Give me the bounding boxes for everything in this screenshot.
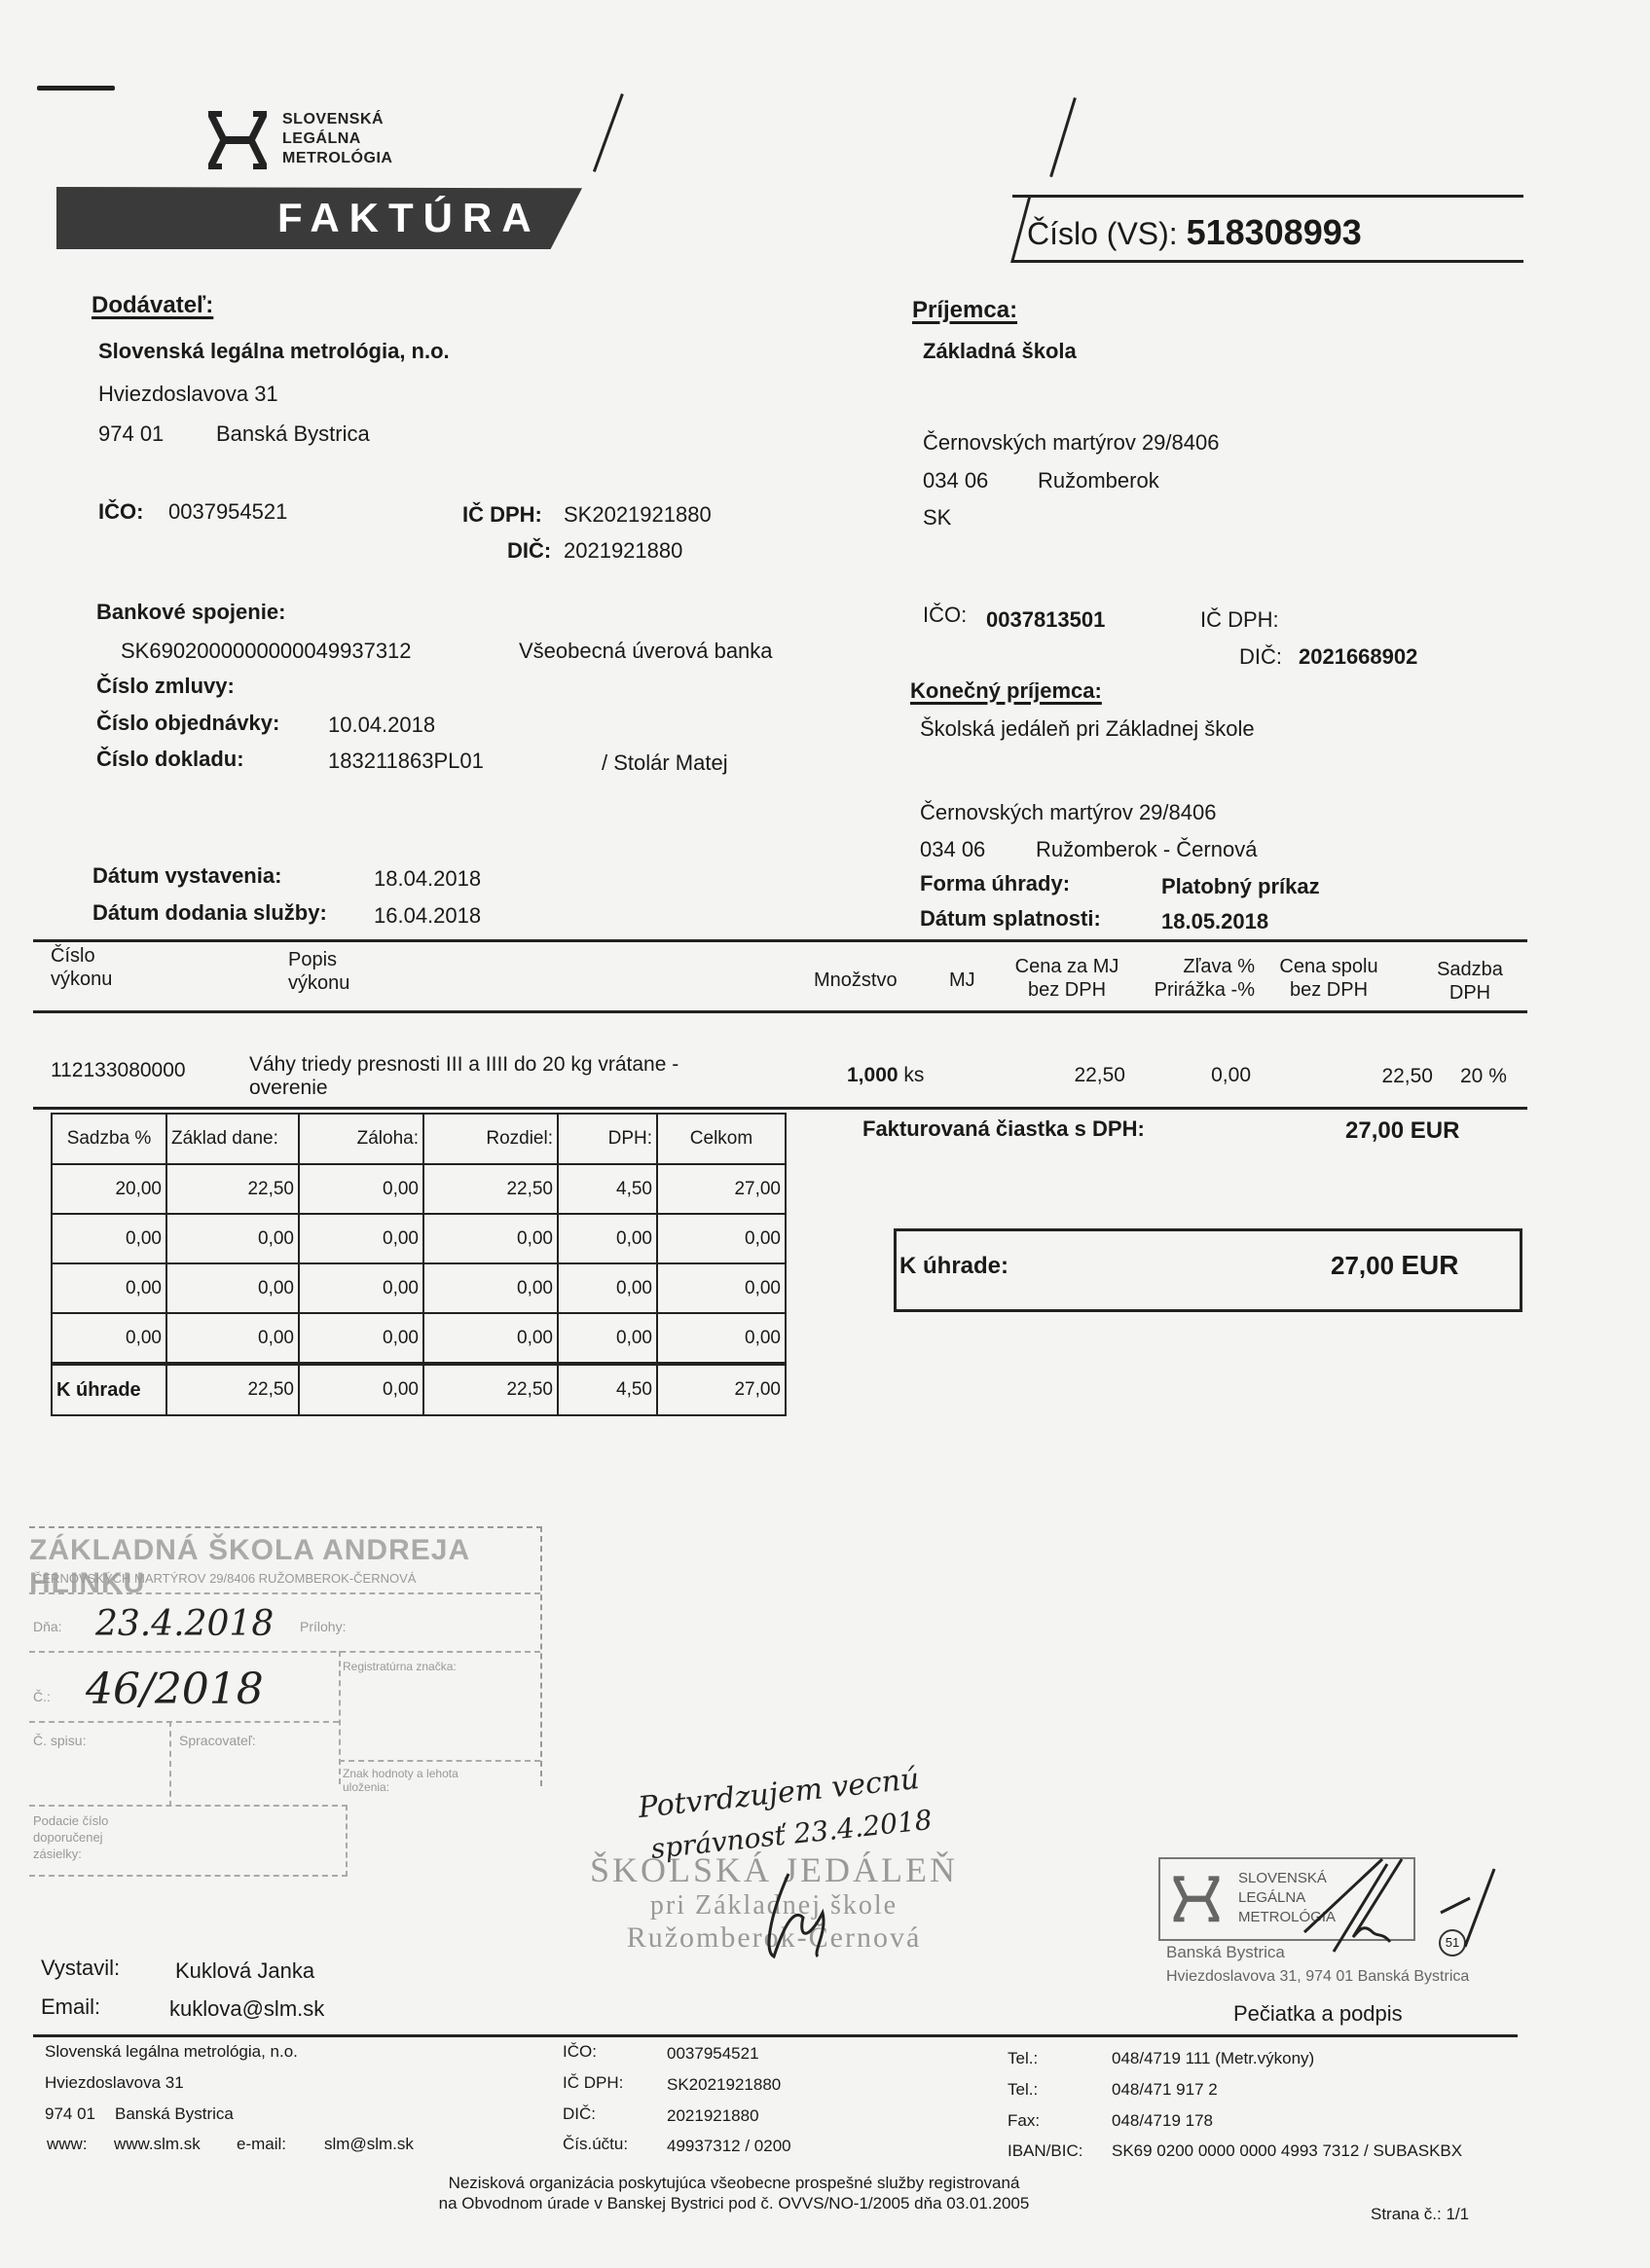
email: kuklova@slm.sk <box>169 1996 324 2022</box>
item-code: 112133080000 <box>51 1059 186 1082</box>
table-row: 0,00 0,00 0,00 0,00 0,00 0,00 <box>52 1263 786 1313</box>
bank-name: Všeobecná úverová banka <box>519 639 773 664</box>
footer-icdph-label: IČ DPH: <box>563 2073 623 2093</box>
final-recipient-heading: Konečný príjemca: <box>910 678 1102 704</box>
col-vat-header: Sadzba DPH <box>1431 958 1509 1005</box>
supplier-name: Slovenská legálna metrológia, n.o. <box>98 339 450 364</box>
col-unit-price-header: Cena za MJ bez DPH <box>1003 955 1131 1002</box>
footer-legal-note: Nezisková organizácia poskytujúca všeobe… <box>296 2173 1172 2213</box>
order-label: Číslo objednávky: <box>96 711 279 736</box>
col-discount-header: Zľava % Prirážka -% <box>1134 955 1255 1002</box>
footer-dic: 2021921880 <box>667 2106 759 2126</box>
registry-number-handwritten: 46/2018 <box>86 1664 264 1714</box>
supplier-heading: Dodávateľ: <box>92 292 213 319</box>
item-total: 22,50 <box>1295 1065 1433 1088</box>
contract-label: Číslo zmluvy: <box>96 674 235 699</box>
vat-summary-table: Sadzba % Základ dane: Záloha: Rozdiel: D… <box>51 1113 787 1416</box>
due-date-label: Dátum splatnosti: <box>920 906 1101 932</box>
supplier-city: Banská Bystrica <box>216 421 370 447</box>
footer-tel1-label: Tel.: <box>1008 2049 1038 2068</box>
recipient-country: SK <box>923 505 951 530</box>
order-value: 10.04.2018 <box>328 713 435 738</box>
items-header-rule <box>33 1010 1527 1013</box>
recipient-heading: Príjemca: <box>912 297 1017 324</box>
footer-street: Hviezdoslavova 31 <box>45 2073 184 2093</box>
footer-ico-label: IČO: <box>563 2042 597 2062</box>
col-desc-header: Popis výkonu <box>288 948 349 995</box>
items-bottom-rule <box>33 1107 1527 1110</box>
bank-iban: SK6902000000000049937312 <box>121 639 412 664</box>
vat-table-total-row: K úhrade 22,50 0,00 22,50 4,50 27,00 <box>52 1364 786 1415</box>
confirmation-signature-icon <box>759 1859 837 1966</box>
document-title: FAKTÚRA <box>277 195 541 241</box>
issued-by-label: Vystavil: <box>41 1956 120 1981</box>
page-number: Strana č.: 1/1 <box>1371 2205 1469 2224</box>
col-code-header: Číslo výkonu <box>51 944 112 991</box>
supplier-ico: 0037954521 <box>168 499 287 525</box>
recipient-city: Ružomberok <box>1038 468 1159 494</box>
doc-label: Číslo dokladu: <box>96 747 244 772</box>
footer-account-label: Čís.účtu: <box>563 2135 628 2154</box>
bank-heading: Bankové spojenie: <box>96 600 285 625</box>
col-unit-header: MJ <box>949 969 975 992</box>
registry-stamp-bottom: Podacie číslo doporučenej zásielky: <box>29 1805 348 1877</box>
issue-date: 18.04.2018 <box>374 866 481 892</box>
footer-www-link[interactable]: www.slm.sk <box>114 2135 201 2154</box>
footer-account: 49937312 / 0200 <box>667 2137 791 2156</box>
delivery-date: 16.04.2018 <box>374 903 481 929</box>
recipient-dic: 2021668902 <box>1299 644 1417 670</box>
footer-rule <box>33 2034 1518 2037</box>
recipient-zip: 034 06 <box>923 468 988 494</box>
table-row: 0,00 0,00 0,00 0,00 0,00 0,00 <box>52 1214 786 1263</box>
doc-value: 183211863PL01 <box>328 749 484 774</box>
invoiced-amount-value: 27,00 EUR <box>1345 1117 1459 1145</box>
supplier-icdph: SK2021921880 <box>564 502 712 528</box>
supplier-zip: 974 01 <box>98 421 164 447</box>
item-qty: 1,000 ks <box>847 1064 924 1087</box>
slm-stamp-city: Banská Bystrica <box>1166 1943 1285 1962</box>
footer-fax: 048/4719 178 <box>1112 2111 1213 2131</box>
delivery-date-label: Dátum dodania služby: <box>92 900 327 926</box>
recipient-name: Základná škola <box>923 339 1077 364</box>
vs-label: Číslo (VS): <box>1027 216 1178 251</box>
footer-iban: SK69 0200 0000 0000 4993 7312 / SUBASKBX <box>1112 2141 1462 2161</box>
table-row: 20,00 22,50 0,00 22,50 4,50 27,00 <box>52 1164 786 1214</box>
footer-iban-label: IBAN/BIC: <box>1008 2141 1082 2161</box>
decorative-slash <box>593 93 624 172</box>
invoiced-amount-label: Fakturovaná čiastka s DPH: <box>862 1116 1145 1142</box>
supplier-street: Hviezdoslavova 31 <box>98 382 278 407</box>
supplier-ico-label: IČO: <box>98 499 143 525</box>
footer-tel2-label: Tel.: <box>1008 2080 1038 2100</box>
final-recipient-name: Školská jedáleň pri Základnej škole <box>920 716 1255 742</box>
recipient-dic-label: DIČ: <box>1239 644 1282 670</box>
vat-table-header: Sadzba % Základ dane: Záloha: Rozdiel: D… <box>52 1114 786 1164</box>
footer-email-link[interactable]: slm@slm.sk <box>324 2135 414 2154</box>
issued-by: Kuklová Janka <box>175 1958 314 1984</box>
col-qty-header: Množstvo <box>814 969 898 992</box>
footer-zip: 974 01 <box>45 2104 95 2124</box>
footer-email-label: e-mail: <box>237 2135 286 2154</box>
registry-stamp: ZÁKLADNÁ ŠKOLA ANDREJA HLINKU ČERNOVSKÝC… <box>29 1526 542 1786</box>
final-recipient-zip: 034 06 <box>920 837 985 862</box>
email-label: Email: <box>41 1994 100 2020</box>
footer-city: Banská Bystrica <box>115 2104 234 2124</box>
final-recipient-street: Černovských martýrov 29/8406 <box>920 800 1216 825</box>
payment-label: Forma úhrady: <box>920 871 1070 896</box>
slm-stamp-address: Hviezdoslavova 31, 974 01 Banská Bystric… <box>1166 1968 1469 1986</box>
amount-due-label: K úhrade: <box>899 1253 1008 1280</box>
footer-icdph: SK2021921880 <box>667 2075 781 2095</box>
col-total-header: Cena spolu bez DPH <box>1261 955 1397 1002</box>
footer-www-label: www: <box>47 2135 88 2154</box>
amount-due-value: 27,00 EUR <box>1331 1250 1458 1281</box>
scan-mark <box>37 86 115 91</box>
decorative-slash <box>1049 97 1077 177</box>
payment-method: Platobný príkaz <box>1161 874 1320 899</box>
footer-tel2: 048/471 917 2 <box>1112 2080 1218 2100</box>
slm-stamp-logo-icon <box>1172 1871 1221 1925</box>
slm-logo-icon <box>206 109 269 169</box>
recipient-ico-label: IČO: <box>923 603 967 628</box>
footer-tel1: 048/4719 111 (Metr.výkony) <box>1112 2049 1314 2068</box>
final-recipient-city: Ružomberok - Černová <box>1036 837 1257 862</box>
recipient-icdph-label: IČ DPH: <box>1200 607 1279 633</box>
recipient-street: Černovských martýrov 29/8406 <box>923 430 1219 456</box>
footer-dic-label: DIČ: <box>563 2104 596 2124</box>
doc-person: / Stolár Matej <box>602 750 728 776</box>
footer-ico: 0037954521 <box>667 2044 759 2064</box>
table-row: 0,00 0,00 0,00 0,00 0,00 0,00 <box>52 1313 786 1364</box>
supplier-dic-label: DIČ: <box>507 538 551 564</box>
item-unit-price: 22,50 <box>1012 1064 1125 1087</box>
item-discount: 0,00 <box>1149 1064 1251 1087</box>
item-vat: 20 % <box>1460 1065 1507 1088</box>
registry-date-handwritten: 23.4.2018 <box>95 1604 274 1644</box>
supplier-icdph-label: IČ DPH: <box>462 502 542 528</box>
due-date: 18.05.2018 <box>1161 909 1268 934</box>
footer-fax-label: Fax: <box>1008 2111 1040 2131</box>
vs-field: Číslo (VS): 518308993 <box>1027 212 1362 253</box>
item-desc: Váhy triedy presnosti III a IIII do 20 k… <box>249 1053 678 1100</box>
logo-text: SLOVENSKÁ LEGÁLNA METROLÓGIA <box>282 110 392 168</box>
stamp-and-signature-label: Pečiatka a podpis <box>1233 2001 1403 2027</box>
items-top-rule <box>33 939 1527 942</box>
footer-company: Slovenská legálna metrológia, n.o. <box>45 2042 298 2062</box>
supplier-dic: 2021921880 <box>564 538 682 564</box>
recipient-ico: 0037813501 <box>986 607 1105 633</box>
vs-number: 518308993 <box>1187 212 1362 252</box>
issuer-signature-icon <box>1295 1854 1519 1961</box>
issue-date-label: Dátum vystavenia: <box>92 863 281 889</box>
